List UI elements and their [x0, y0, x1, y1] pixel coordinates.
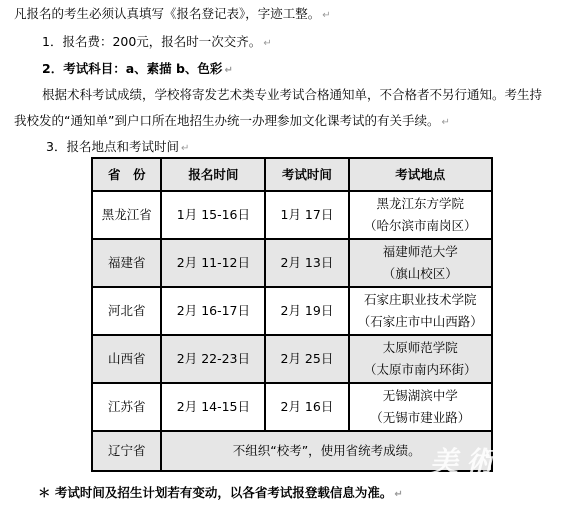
cell-note: 不组织“校考”，使用省统考成绩。 [161, 431, 492, 471]
intro-text: 凡报名的考生必须认真填写《报名登记表》，字迹工整。↵ [14, 5, 331, 25]
cell-exam: 2月 16日 [265, 383, 348, 431]
cell-exam: 2月 25日 [265, 335, 348, 383]
cell-exam: 2月 13日 [265, 239, 348, 287]
cell-exam: 2月 19日 [265, 287, 348, 335]
cell-province: 河北省 [92, 287, 161, 335]
cell-province: 辽宁省 [92, 431, 161, 471]
cell-register: 1月 15-16日 [161, 191, 265, 239]
cell-venue: 石家庄职业技术学院（石家庄市中山西路） [349, 287, 493, 335]
cell-register: 2月 14-15日 [161, 383, 265, 431]
item-1-fee: 1．报名费：200元，报名时一次交齐。↵ [42, 33, 272, 53]
paragraph-mark-icon: ↵ [394, 489, 402, 500]
cell-province: 福建省 [92, 239, 161, 287]
paragraph-mark-icon: ↵ [322, 10, 330, 21]
table-row: 山西省 2月 22-23日 2月 25日 太原师范学院（太原市南内环街） [92, 335, 492, 383]
cell-venue: 黑龙江东方学院（哈尔滨市南岗区） [349, 191, 493, 239]
table-row: 江苏省 2月 14-15日 2月 16日 无锡湖滨中学（无锡市建业路） [92, 383, 492, 431]
header-register-time: 报名时间 [161, 158, 265, 191]
cell-province: 山西省 [92, 335, 161, 383]
table-header-row: 省 份 报名时间 考试时间 考试地点 [92, 158, 492, 191]
cell-province: 江苏省 [92, 383, 161, 431]
cell-register: 2月 22-23日 [161, 335, 265, 383]
cell-exam: 1月 17日 [265, 191, 348, 239]
cell-venue: 无锡湖滨中学（无锡市建业路） [349, 383, 493, 431]
paragraph-mark-icon: ↵ [263, 38, 271, 49]
table-row-liaoning: 辽宁省 不组织“校考”，使用省统考成绩。 [92, 431, 492, 471]
header-province: 省 份 [92, 158, 161, 191]
schedule-table: 省 份 报名时间 考试时间 考试地点 黑龙江省 1月 15-16日 1月 17日… [91, 157, 493, 472]
paragraph-mark-icon: ↵ [224, 65, 232, 76]
paragraph-mark-icon: ↵ [441, 117, 449, 128]
cell-venue: 福建师范大学（旗山校区） [349, 239, 493, 287]
paragraph-line-1: 根据术科考试成绩，学校将寄发艺术类专业考试合格通知单，不合格者不另行通知。考生持 [42, 86, 542, 104]
table-row: 福建省 2月 11-12日 2月 13日 福建师范大学（旗山校区） [92, 239, 492, 287]
table-row: 河北省 2月 16-17日 2月 19日 石家庄职业技术学院（石家庄市中山西路） [92, 287, 492, 335]
cell-register: 2月 11-12日 [161, 239, 265, 287]
header-exam-time: 考试时间 [265, 158, 348, 191]
item-2-subjects: 2．考试科目：a、素描 b、色彩↵ [42, 60, 233, 80]
cell-venue: 太原师范学院（太原市南内环街） [349, 335, 493, 383]
cell-register: 2月 16-17日 [161, 287, 265, 335]
cell-province: 黑龙江省 [92, 191, 161, 239]
table-row: 黑龙江省 1月 15-16日 1月 17日 黑龙江东方学院（哈尔滨市南岗区） [92, 191, 492, 239]
header-exam-venue: 考试地点 [349, 158, 493, 191]
item-3-location-heading: 3．报名地点和考试时间↵ [46, 138, 189, 158]
footnote: ＊ 考试时间及招生计划若有变动，以各省考试报登载信息为准。↵ [38, 484, 403, 504]
paragraph-line-2: 我校发的“通知单”到户口所在地招生办统一办理参加文化课考试的有关手续。↵ [14, 112, 450, 132]
paragraph-mark-icon: ↵ [181, 143, 189, 154]
